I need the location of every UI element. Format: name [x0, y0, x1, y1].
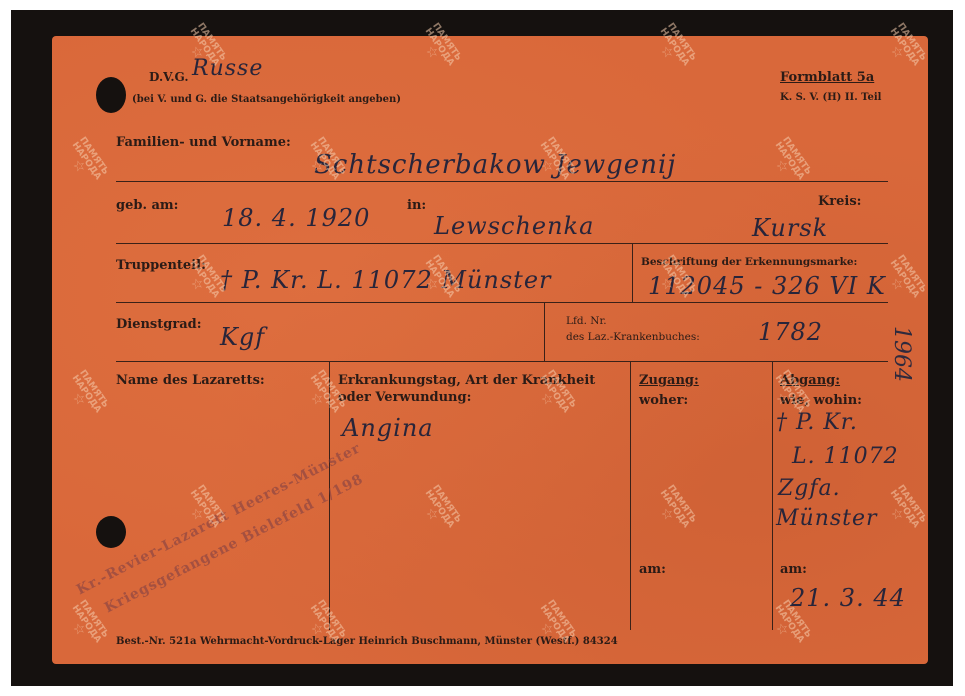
divider: [544, 303, 545, 361]
tag-value: 112045 - 326 VI K: [648, 272, 886, 300]
nationality-hint: (bei V. und G. die Staatsangehörigkeit a…: [132, 94, 401, 105]
watermark-logo: ПАМЯТЬНАРОДА☆: [880, 484, 927, 535]
book-label-2: des Laz.-Krankenbuches:: [566, 331, 700, 343]
kreis-label: Kreis:: [818, 194, 861, 209]
hospital-header: Name des Lazaretts:: [116, 373, 265, 388]
margin-archive-number: 1964: [889, 326, 914, 382]
exit-header: Abgang:: [780, 373, 840, 388]
watermark-logo: ПАМЯТЬНАРОДА☆: [415, 484, 462, 535]
exit-date-label: am:: [780, 562, 807, 577]
intake-header: Zugang:: [639, 373, 699, 388]
exit-date-value: 21. 3. 44: [790, 584, 906, 612]
watermark-logo: ПАМЯТЬНАРОДА☆: [880, 254, 927, 305]
exit-to-line-4: Münster: [776, 506, 878, 531]
rank-label: Dienstgrad:: [116, 317, 202, 332]
intake-date-label: am:: [639, 562, 666, 577]
divider: [632, 244, 633, 302]
born-label: geb. am:: [116, 198, 178, 213]
form-title: Formblatt 5a: [780, 70, 874, 85]
divider: [630, 362, 631, 630]
born-value: 18. 4. 1920: [222, 204, 370, 232]
watermark-logo: ПАМЯТЬНАРОДА☆: [650, 484, 697, 535]
nationality-prefix: D.V.G.: [149, 70, 189, 84]
watermark-logo: ПАМЯТЬНАРОДА☆: [62, 369, 109, 420]
unit-label: Truppenteil:: [116, 258, 206, 273]
exit-to-line-2: L. 11072: [792, 444, 899, 469]
rank-value: Kgf: [220, 323, 265, 351]
divider: [116, 181, 888, 182]
illness-header-line-1: Erkrankungstag, Art der Krankheit: [338, 373, 595, 388]
watermark-logo: ПАМЯТЬНАРОДА☆: [62, 599, 109, 650]
punch-hole-top: [96, 77, 126, 113]
watermark-logo: ПАМЯТЬНАРОДА☆: [765, 136, 812, 187]
illness-header-line-2: oder Verwundung:: [338, 390, 471, 405]
form-footer: Best.-Nr. 521a Wehrmacht-Vordruck-Lager …: [116, 636, 618, 647]
intake-from-label: woher:: [639, 393, 688, 408]
name-value: Schtscherbakow Jewgenij: [314, 150, 676, 180]
divider: [772, 362, 773, 630]
name-label: Familien- und Vorname:: [116, 135, 291, 150]
hospital-index-card: D.V.G. Russe (bei V. und G. die Staatsan…: [52, 36, 928, 664]
exit-to-line-1: † P. Kr.: [776, 410, 858, 435]
hospital-stamp-line-2: Kriegsgefangene Bielefeld 1/198: [102, 471, 366, 616]
divider: [116, 302, 888, 303]
in-label: in:: [407, 198, 426, 213]
punch-hole-bottom: [96, 516, 126, 548]
kreis-value: Kursk: [752, 214, 828, 242]
watermark-logo: ПАМЯТЬНАРОДА☆: [62, 136, 109, 187]
nationality-value: Russe: [192, 56, 263, 81]
tag-label: Beschriftung der Erkennungsmarke:: [641, 256, 857, 268]
illness-value: Angina: [342, 414, 434, 442]
exit-to-label: wie, wohin:: [780, 393, 862, 408]
divider: [116, 243, 888, 244]
exit-to-line-3: Zgfa.: [778, 476, 841, 501]
unit-value: † P. Kr. L. 11072 Münster: [220, 266, 552, 294]
form-subtitle: K. S. V. (H) II. Teil: [780, 92, 881, 103]
in-value: Lewschenka: [434, 212, 594, 240]
book-label-1: Lfd. Nr.: [566, 315, 607, 327]
book-value: 1782: [758, 318, 823, 346]
